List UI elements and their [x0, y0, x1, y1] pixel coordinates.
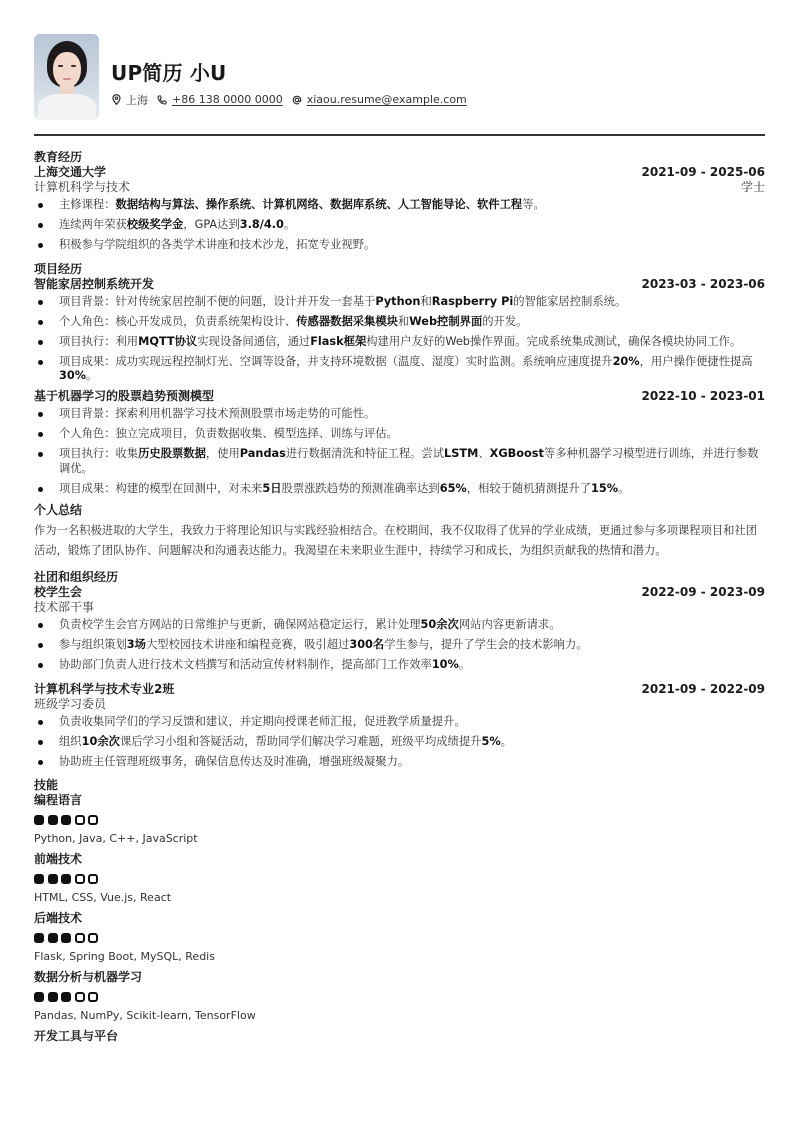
bullet-item: 项目执行：利用MQTT协议实现设备间通信，通过Flask框架构建用户友好的Web… — [34, 335, 765, 350]
bullet-item: 连续两年荣获校级奖学金，GPA达到3.8/4.0。 — [34, 218, 765, 233]
degree: 学士 — [741, 180, 765, 195]
project-name: 基于机器学习的股票趋势预测模型 — [34, 389, 214, 404]
section-title: 项目经历 — [34, 262, 765, 277]
phone-icon — [157, 94, 167, 105]
project-entry: 基于机器学习的股票趋势预测模型 2022-10 - 2023-01 项目背景：探… — [34, 389, 765, 496]
resume-page: UP简历 小U 上海 +86 138 0000 0000 — [34, 34, 765, 120]
resume-header: UP简历 小U 上海 +86 138 0000 0000 — [34, 34, 765, 120]
skills-section: 技能 编程语言Python, Java, C++, JavaScript前端技术… — [34, 778, 765, 1044]
skill-name: 前端技术 — [34, 852, 765, 867]
map-pin-icon — [111, 94, 121, 105]
project-date: 2023-03 - 2023-06 — [642, 277, 766, 292]
skill-rating — [34, 815, 765, 826]
rating-filled-icon — [48, 933, 58, 943]
education-date: 2021-09 - 2025-06 — [642, 165, 766, 180]
project-entry: 智能家居控制系统开发 2023-03 - 2023-06 项目背景：针对传统家居… — [34, 277, 765, 384]
rating-filled-icon — [34, 992, 44, 1002]
skill-name: 后端技术 — [34, 911, 765, 926]
bullet-item: 参与组织策划3场大型校园技术讲座和编程竞赛，吸引超过300名学生参与，提升了学生… — [34, 638, 765, 653]
bullet-item: 组织10余次课后学习小组和答疑活动，帮助同学们解决学习难题，班级平均成绩提升5%… — [34, 735, 765, 750]
organization-role: 技术部干事 — [34, 600, 765, 615]
skill-item: 前端技术HTML, CSS, Vue.js, React — [34, 852, 765, 905]
bullet-item: 项目背景：针对传统家居控制不便的问题，设计并开发一套基于Python和Raspb… — [34, 295, 765, 310]
skill-item: 开发工具与平台 — [34, 1029, 765, 1044]
skill-keywords: Python, Java, C++, JavaScript — [34, 832, 765, 846]
rating-filled-icon — [61, 992, 71, 1002]
skill-name: 数据分析与机器学习 — [34, 970, 765, 985]
bullet-item: 积极参与学院组织的各类学术讲座和技术沙龙，拓宽专业视野。 — [34, 238, 765, 253]
skill-item: 编程语言Python, Java, C++, JavaScript — [34, 793, 765, 846]
skill-item: 后端技术Flask, Spring Boot, MySQL, Redis — [34, 911, 765, 964]
bullet-item: 协助部门负责人进行技术文档撰写和活动宣传材料制作，提高部门工作效率10%。 — [34, 658, 765, 673]
organizations-section: 社团和组织经历 校学生会 2022-09 - 2023-09 技术部干事 负责校… — [34, 570, 765, 769]
email-link[interactable]: xiaou.resume@example.com — [307, 93, 467, 106]
rating-filled-icon — [61, 815, 71, 825]
education-bullets: 主修课程：数据结构与算法、操作系统、计算机网络、数据库系统、人工智能导论、软件工… — [34, 198, 765, 253]
organization-entry: 计算机科学与技术专业2班 2021-09 - 2022-09 班级学习委员 负责… — [34, 682, 765, 770]
skill-keywords: Pandas, NumPy, Scikit-learn, TensorFlow — [34, 1009, 765, 1023]
project-bullets: 项目背景：针对传统家居控制不便的问题，设计并开发一套基于Python和Raspb… — [34, 295, 765, 384]
rating-filled-icon — [61, 933, 71, 943]
organization-name: 校学生会 — [34, 585, 82, 600]
skill-rating — [34, 933, 765, 944]
skill-rating — [34, 874, 765, 885]
rating-empty-icon — [75, 815, 85, 825]
rating-filled-icon — [34, 874, 44, 884]
projects-section: 项目经历 智能家居控制系统开发 2023-03 - 2023-06 项目背景：针… — [34, 262, 765, 497]
at-icon — [292, 94, 302, 105]
section-title: 技能 — [34, 778, 765, 793]
rating-empty-icon — [88, 815, 98, 825]
bullet-item: 负责收集同学们的学习反馈和建议，并定期向授课老师汇报，促进教学质量提升。 — [34, 715, 765, 730]
bullet-item: 项目成果：成功实现远程控制灯光、空调等设备，并支持环境数据（温度、湿度）实时监测… — [34, 355, 765, 384]
rating-filled-icon — [48, 815, 58, 825]
bullet-item: 协助班主任管理班级事务，确保信息传达及时准确，增强班级凝聚力。 — [34, 755, 765, 770]
bullet-item: 主修课程：数据结构与算法、操作系统、计算机网络、数据库系统、人工智能导论、软件工… — [34, 198, 765, 213]
skill-rating — [34, 992, 765, 1003]
location-text: 上海 — [126, 92, 148, 108]
organization-entry: 校学生会 2022-09 - 2023-09 技术部干事 负责校学生会官方网站的… — [34, 585, 765, 673]
major: 计算机科学与技术 — [34, 180, 130, 195]
bullet-item: 个人角色：核心开发成员，负责系统架构设计、传感器数据采集模块和Web控制界面的开… — [34, 315, 765, 330]
summary-text: 作为一名积极进取的大学生，我致力于将理论知识与实践经验相结合。在校期间，我不仅取… — [34, 521, 765, 561]
skill-name: 开发工具与平台 — [34, 1029, 765, 1044]
project-date: 2022-10 - 2023-01 — [642, 389, 766, 404]
skill-item: 数据分析与机器学习Pandas, NumPy, Scikit-learn, Te… — [34, 970, 765, 1023]
project-name: 智能家居控制系统开发 — [34, 277, 154, 292]
rating-filled-icon — [61, 874, 71, 884]
rating-empty-icon — [75, 933, 85, 943]
organization-bullets: 负责校学生会官方网站的日常维护与更新，确保网站稳定运行，累计处理50余次网站内容… — [34, 618, 765, 673]
rating-empty-icon — [75, 992, 85, 1002]
skills-list: 编程语言Python, Java, C++, JavaScript前端技术HTM… — [34, 793, 765, 1044]
rating-empty-icon — [88, 874, 98, 884]
rating-empty-icon — [88, 992, 98, 1002]
organization-role: 班级学习委员 — [34, 697, 765, 712]
section-title: 教育经历 — [34, 150, 765, 165]
organization-name: 计算机科学与技术专业2班 — [34, 682, 174, 697]
contact-info: 上海 +86 138 0000 0000 xiaou.resume@exampl… — [111, 92, 476, 108]
education-section: 教育经历 上海交通大学 2021-09 - 2025-06 计算机科学与技术 学… — [34, 150, 765, 253]
school-name: 上海交通大学 — [34, 165, 106, 180]
rating-filled-icon — [34, 933, 44, 943]
profile-photo — [34, 34, 99, 120]
bullet-item: 项目背景：探索利用机器学习技术预测股票市场走势的可能性。 — [34, 407, 765, 422]
organization-date: 2021-09 - 2022-09 — [642, 682, 766, 697]
rating-filled-icon — [48, 874, 58, 884]
skill-keywords: HTML, CSS, Vue.js, React — [34, 891, 765, 905]
section-title: 社团和组织经历 — [34, 570, 765, 585]
rating-empty-icon — [75, 874, 85, 884]
skill-name: 编程语言 — [34, 793, 765, 808]
candidate-name: UP简历 小U — [111, 57, 476, 86]
organization-bullets: 负责收集同学们的学习反馈和建议，并定期向授课老师汇报，促进教学质量提升。组织10… — [34, 715, 765, 770]
bullet-item: 负责校学生会官方网站的日常维护与更新，确保网站稳定运行，累计处理50余次网站内容… — [34, 618, 765, 633]
phone-link[interactable]: +86 138 0000 0000 — [172, 93, 283, 106]
header-divider — [34, 134, 765, 136]
skill-keywords: Flask, Spring Boot, MySQL, Redis — [34, 950, 765, 964]
section-title: 个人总结 — [34, 503, 765, 518]
project-bullets: 项目背景：探索利用机器学习技术预测股票市场走势的可能性。个人角色：独立完成项目，… — [34, 407, 765, 496]
bullet-item: 个人角色：独立完成项目，负责数据收集、模型选择、训练与评估。 — [34, 427, 765, 442]
summary-section: 个人总结 作为一名积极进取的大学生，我致力于将理论知识与实践经验相结合。在校期间… — [34, 503, 765, 561]
rating-empty-icon — [88, 933, 98, 943]
rating-filled-icon — [34, 815, 44, 825]
organization-date: 2022-09 - 2023-09 — [642, 585, 766, 600]
bullet-item: 项目成果：构建的模型在回测中，对未来5日股票涨跌趋势的预测准确率达到65%，相较… — [34, 482, 765, 497]
rating-filled-icon — [48, 992, 58, 1002]
bullet-item: 项目执行：收集历史股票数据，使用Pandas进行数据清洗和特征工程。尝试LSTM… — [34, 447, 765, 476]
